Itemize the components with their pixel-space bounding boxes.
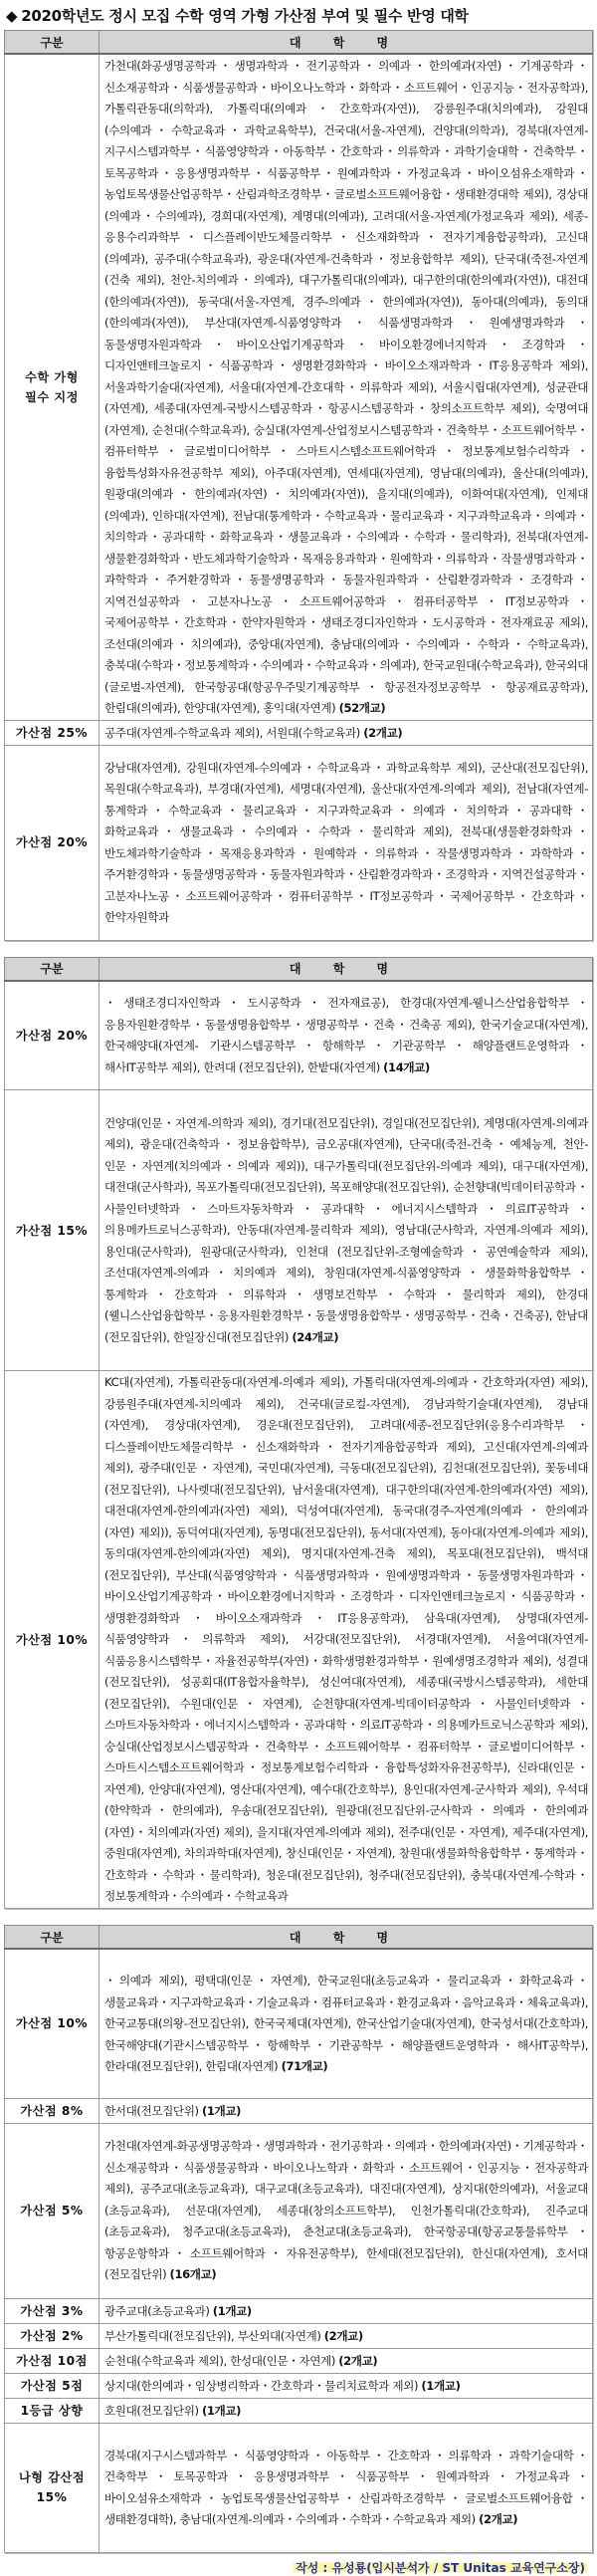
row-universities: 공주대(자연계-수학교육과 제외), 서원대(수학교육과) (2개교) <box>99 720 593 745</box>
school-count: (1개교) <box>202 2104 241 2118</box>
table-row: 가산점 5% 가천대(자연계-화공생명공학과・생명과학과・전기공학과・의예과・한… <box>5 2123 593 2298</box>
table-row: 수학 가형 필수 지정 가천대(화공생명공학과・생명과학과・전기공학과・의예과・… <box>5 54 593 720</box>
school-count: (1개교) <box>213 2304 252 2318</box>
row-category: 가산점 20% <box>5 981 99 1090</box>
header-category: 구분 <box>5 1926 99 1950</box>
row-universities: 순천대(수학교육과 제외), 한성대(인문・자연계) (2개교) <box>99 2348 593 2373</box>
row-universities: 부산가톨릭대(전모집단위), 부산외대(자연계) (2개교) <box>99 2323 593 2348</box>
header-category: 구분 <box>5 957 99 981</box>
school-count: (1개교) <box>421 2379 460 2393</box>
row-universities: 호원대(전모집단위) (1개교) <box>99 2398 593 2423</box>
table-part-3: 구분 대 학 명 가산점 10% ・의예과 제외), 평택대(인문・자연계), … <box>4 1925 593 2553</box>
row-universities: 건양대(인문・자연계-의학과 제외), 경기대(전모집단위), 경일대(전모집단… <box>99 1090 593 1371</box>
row-category: 가산점 20% <box>5 745 99 940</box>
row-universities: 강남대(자연계), 강원대(자연계-수의예과・수학교육과・과학교육학부 제외),… <box>99 745 593 940</box>
school-count: (24개교) <box>292 1330 338 1344</box>
header-category: 구분 <box>5 31 99 55</box>
row-universities: 광주교대(초등교육과) (1개교) <box>99 2298 593 2323</box>
row-category: 가산점 10점 <box>5 2348 99 2373</box>
row-category: 가산점 2% <box>5 2323 99 2348</box>
row-universities: ・의예과 제외), 평택대(인문・자연계), 한국교원대(초등교육과・물리교육과… <box>99 1949 593 2098</box>
row-universities: ・생태조경디자인학과・도시공학과・전자재료공), 한경대(자연계-웰니스산업융합… <box>99 981 593 1090</box>
row-category: 가산점 8% <box>5 2098 99 2123</box>
row-category: 나형 감산점 15% <box>5 2423 99 2552</box>
table-row: 가산점 2% 부산가톨릭대(전모집단위), 부산외대(자연계) (2개교) <box>5 2323 593 2348</box>
school-count: (14개교) <box>383 1060 430 1074</box>
row-universities: 상지대(한의예과・임상병리학과・간호학과・물리치료학과 제외) (1개교) <box>99 2373 593 2398</box>
row-category: 가산점 5% <box>5 2123 99 2298</box>
table-header-row: 구분 대 학 명 <box>5 1926 593 1950</box>
table-row: 가산점 10% KC대(자연계), 가톨릭관동대(자연계-의예과 제외), 가톨… <box>5 1371 593 1909</box>
row-universities: 경북대(지구시스템과학부・식품영양학과・아동학부・간호학과・의류학과・과학기술대… <box>99 2423 593 2552</box>
row-universities: 한서대(전모집단위) (1개교) <box>99 2098 593 2123</box>
row-category: 수학 가형 필수 지정 <box>5 54 99 720</box>
table-row: 나형 감산점 15% 경북대(지구시스템과학부・식품영양학과・아동학부・간호학과… <box>5 2423 593 2552</box>
school-count: (2개교) <box>363 726 402 740</box>
table-row: 가산점 10점 순천대(수학교육과 제외), 한성대(인문・자연계) (2개교) <box>5 2348 593 2373</box>
page-title-text: 2020학년도 정시 모집 수학 영역 가형 가산점 부여 및 필수 반영 대학 <box>21 7 468 25</box>
table-row: 가산점 15% 건양대(인문・자연계-의학과 제외), 경기대(전모집단위), … <box>5 1090 593 1371</box>
header-university: 대 학 명 <box>99 957 593 981</box>
table-header-row: 구분 대 학 명 <box>5 31 593 55</box>
row-category: 가산점 5점 <box>5 2373 99 2398</box>
school-count: (2개교) <box>479 2512 517 2526</box>
row-universities: 가천대(자연계-화공생명공학과・생명과학과・전기공학과・의예과・한의예과(자연)… <box>99 2123 593 2298</box>
author-credit: 작성 : 유성룡(입시분석가 / ST Unitas 교육연구소장) <box>294 2559 587 2576</box>
row-universities: 가천대(화공생명공학과・생명과학과・전기공학과・의예과・한의예과(자연)・기계공… <box>99 54 593 720</box>
document-page: ◆2020학년도 정시 모집 수학 영역 가형 가산점 부여 및 필수 반영 대… <box>0 0 597 2576</box>
row-category: 가산점 25% <box>5 720 99 745</box>
school-count: (16개교) <box>170 2267 217 2281</box>
table-row: 가산점 20% 강남대(자연계), 강원대(자연계-수의예과・수학교육과・과학교… <box>5 745 593 940</box>
table-row: 가산점 3% 광주교대(초등교육과) (1개교) <box>5 2298 593 2323</box>
table-row: 가산점 20% ・생태조경디자인학과・도시공학과・전자재료공), 한경대(자연계… <box>5 981 593 1090</box>
row-category: 가산점 10% <box>5 1371 99 1909</box>
table-row: 가산점 5점 상지대(한의예과・임상병리학과・간호학과・물리치료학과 제외) (… <box>5 2373 593 2398</box>
row-universities: KC대(자연계), 가톨릭관동대(자연계-의예과 제외), 가톨릭대(자연계-의… <box>99 1371 593 1909</box>
table-part-1: 구분 대 학 명 수학 가형 필수 지정 가천대(화공생명공학과・생명과학과・전… <box>4 30 593 941</box>
row-category: 가산점 15% <box>5 1090 99 1371</box>
header-university: 대 학 명 <box>99 1926 593 1950</box>
school-count: (1개교) <box>202 2404 241 2418</box>
row-category: 가산점 3% <box>5 2298 99 2323</box>
school-count: (2개교) <box>338 2354 377 2368</box>
school-count: (71개교) <box>282 2059 328 2073</box>
table-part-2: 구분 대 학 명 가산점 20% ・생태조경디자인학과・도시공학과・전자재료공)… <box>4 957 593 1910</box>
page-title: ◆2020학년도 정시 모집 수학 영역 가형 가산점 부여 및 필수 반영 대… <box>6 6 597 26</box>
school-count: (52개교) <box>339 701 386 715</box>
row-category: 1등급 상향 <box>5 2398 99 2423</box>
table-header-row: 구분 대 학 명 <box>5 957 593 981</box>
header-university: 대 학 명 <box>99 31 593 55</box>
diamond-bullet-icon: ◆ <box>6 7 17 25</box>
table-row: 가산점 10% ・의예과 제외), 평택대(인문・자연계), 한국교원대(초등교… <box>5 1949 593 2098</box>
table-row: 가산점 8% 한서대(전모집단위) (1개교) <box>5 2098 593 2123</box>
table-row: 가산점 25% 공주대(자연계-수학교육과 제외), 서원대(수학교육과) (2… <box>5 720 593 745</box>
table-row: 1등급 상향 호원대(전모집단위) (1개교) <box>5 2398 593 2423</box>
school-count: (2개교) <box>324 2329 363 2343</box>
row-category: 가산점 10% <box>5 1949 99 2098</box>
